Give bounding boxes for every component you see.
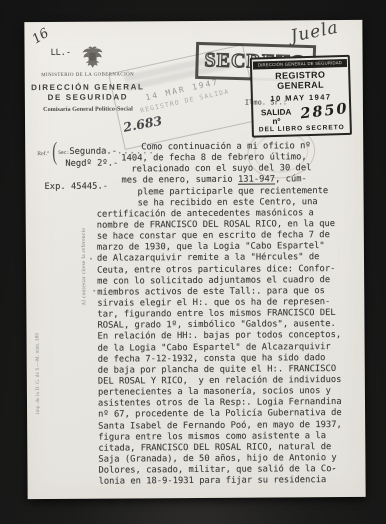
photographed-document-scene: 16 LL.- MINISTERIO DE LA GOBERNACIÓN DIR… xyxy=(0,0,386,524)
dust-speck xyxy=(332,468,334,470)
margin-vertical-note: Al contestar cítese la referencia xyxy=(81,222,88,306)
registro-general-stamp: DIRECCIÓN GENERAL DE SEGURIDAD REGISTRO … xyxy=(250,55,352,138)
document-line: pleme participarle que recientemente xyxy=(137,185,358,198)
coat-of-arms-eagle-icon xyxy=(82,46,104,71)
registro-stamp-title: REGISTRO GENERAL xyxy=(253,69,348,92)
handwritten-folio-number: 16 xyxy=(30,26,52,48)
body-lines: Como continuación a mi oficio nº1404, de… xyxy=(96,141,360,488)
reference-brace: ( xyxy=(52,139,57,168)
registro-stamp-header: DIRECCIÓN GENERAL DE SEGURIDAD xyxy=(253,59,347,70)
salida-label: SALIDA nº xyxy=(257,107,295,126)
salida-number: 2850 xyxy=(299,100,349,122)
document-paper: 16 LL.- MINISTERIO DE LA GOBERNACIÓN DIR… xyxy=(24,20,365,499)
registro-stamp-book-line: DEL LIBRO SECRETO xyxy=(255,124,349,134)
reference-label: Ref.ª xyxy=(37,151,48,157)
handwritten-annotation: Juela xyxy=(289,18,340,47)
printer-imprint: Imp. de la D. G. de S.—M. núm. 380 xyxy=(35,316,41,414)
addressee-line: Ilmo. Sr.: xyxy=(245,98,287,106)
document-line: lonia en 18-9-1931 para fijar su residen… xyxy=(99,475,361,488)
dust-speck xyxy=(90,258,92,260)
section-label: Sec: xyxy=(58,151,69,156)
dust-speck xyxy=(93,290,95,292)
typed-ll-mark: LL.- xyxy=(51,48,72,58)
